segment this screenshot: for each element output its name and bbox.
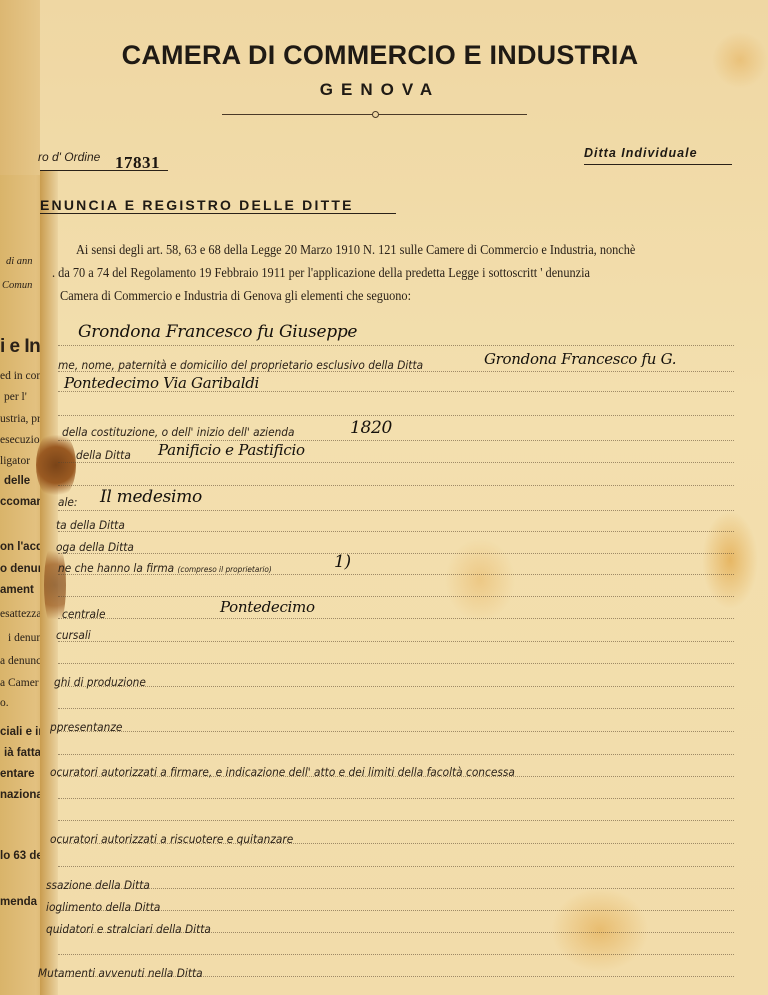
handwritten-owner-domicile: Pontedecimo Via Garibaldi bbox=[64, 374, 259, 392]
intro-paragraph-line: . da 70 a 74 del Regolamento 19 Febbraio… bbox=[52, 266, 590, 282]
field-label-signatories-text: ne che hanno la firma bbox=[58, 561, 174, 575]
underlying-text: ciali e in bbox=[0, 726, 45, 738]
ditta-type: Ditta Individuale bbox=[584, 146, 698, 160]
underlying-text: di ann bbox=[6, 256, 33, 267]
handwritten-capitale: Il medesimo bbox=[100, 487, 202, 507]
field-label-liquidatori: quidatori e stralciari della Ditta bbox=[46, 922, 211, 936]
underlying-text: menda bbox=[0, 896, 37, 908]
form-rule bbox=[58, 596, 734, 597]
form-rule bbox=[58, 754, 734, 755]
order-number-label: ro d' Ordine bbox=[38, 150, 100, 164]
form-rule bbox=[58, 345, 734, 346]
underlying-text: Comun bbox=[2, 280, 32, 291]
form-rule bbox=[58, 888, 734, 889]
form-rule bbox=[58, 415, 734, 416]
handwritten-founding-year: 1820 bbox=[350, 418, 392, 438]
intro-paragraph-line: Camera di Commercio e Industria di Genov… bbox=[60, 289, 411, 305]
underlying-text: a denunc bbox=[0, 655, 41, 667]
handwritten-business: Panificio e Pastificio bbox=[158, 441, 305, 459]
divider-ornament-icon bbox=[372, 111, 379, 118]
handwritten-owner-ditta: Grondona Francesco fu G. bbox=[484, 350, 676, 368]
form-rule bbox=[58, 531, 734, 532]
field-label-mutamenti: Mutamenti avvenuti nella Ditta bbox=[38, 966, 203, 980]
underlying-text: naziona bbox=[0, 789, 43, 801]
order-number-underline bbox=[40, 170, 168, 171]
form-rule bbox=[58, 641, 734, 642]
form-rule bbox=[58, 686, 734, 687]
handwritten-signatories: 1) bbox=[334, 552, 351, 572]
form-rule bbox=[58, 618, 734, 619]
underlying-text: ligator bbox=[0, 455, 30, 467]
form-rule bbox=[58, 462, 734, 463]
field-label-capitale: ale: bbox=[58, 495, 78, 509]
field-label-procuratori-firmare: ocuratori autorizzati a firmare, e indic… bbox=[50, 765, 515, 779]
field-label-sede-centrale: centrale bbox=[62, 607, 105, 621]
field-label-owner: me, nome, paternità e domicilio del prop… bbox=[58, 358, 423, 372]
section-title-underline bbox=[40, 213, 396, 214]
underlying-text: entare bbox=[0, 768, 35, 780]
form-rule bbox=[58, 954, 734, 955]
underlying-text: ament bbox=[0, 584, 34, 596]
field-label-signatories-note: (compreso il proprietario) bbox=[178, 565, 272, 574]
underlying-text: lo 63 de bbox=[0, 850, 43, 862]
form-rule bbox=[58, 866, 734, 867]
underlying-text: on l'acq bbox=[0, 541, 43, 553]
field-label-sede: ta della Ditta bbox=[56, 518, 125, 532]
field-label-succursali: cursali bbox=[56, 628, 91, 642]
underlying-text: o denur bbox=[0, 563, 42, 575]
form-rule bbox=[58, 798, 734, 799]
form-rule bbox=[58, 485, 734, 486]
field-label-procuratori-riscuotere: ocuratori autorizzati a riscuotere e qui… bbox=[50, 832, 293, 846]
ditta-type-underline bbox=[584, 164, 732, 165]
field-label-business: della Ditta bbox=[76, 448, 131, 462]
underlying-text: o. bbox=[0, 697, 9, 709]
field-label-scioglimento: ioglimento della Ditta bbox=[46, 900, 160, 914]
underlying-text: ià fatta bbox=[4, 747, 41, 759]
form-rule bbox=[58, 510, 734, 511]
form-rule bbox=[58, 731, 734, 732]
field-label-production: ghi di produzione bbox=[54, 675, 146, 689]
underlying-sheet-top bbox=[0, 0, 42, 175]
form-rule bbox=[58, 663, 734, 664]
field-label-durata: oga della Ditta bbox=[56, 540, 134, 554]
handwritten-owner-name: Grondona Francesco fu Giuseppe bbox=[78, 322, 357, 342]
field-label-rappresentanze: ppresentanze bbox=[50, 720, 122, 734]
field-label-cessazione: ssazione della Ditta bbox=[46, 878, 150, 892]
intro-paragraph-line: Ai sensi degli art. 58, 63 e 68 della Le… bbox=[76, 243, 635, 259]
handwritten-sede-centrale: Pontedecimo bbox=[220, 598, 315, 616]
section-title: ENUNCIA E REGISTRO DELLE DITTE bbox=[40, 197, 354, 213]
form-rule bbox=[58, 820, 734, 821]
field-label-founding-date: della costituzione, o dell' inizio dell'… bbox=[62, 425, 295, 439]
page-subtitle-city: GENOVA bbox=[90, 80, 670, 100]
page-title: CAMERA DI COMMERCIO E INDUSTRIA bbox=[90, 40, 670, 71]
field-label-signatories: ne che hanno la firma (compreso il propr… bbox=[58, 561, 272, 575]
form-rule bbox=[58, 553, 734, 554]
underlying-text: a Camer bbox=[0, 677, 39, 689]
form-rule bbox=[58, 708, 734, 709]
underlying-text: delle bbox=[4, 475, 30, 487]
underlying-text: esattezza bbox=[0, 608, 42, 620]
underlying-text: per l' bbox=[4, 391, 27, 403]
